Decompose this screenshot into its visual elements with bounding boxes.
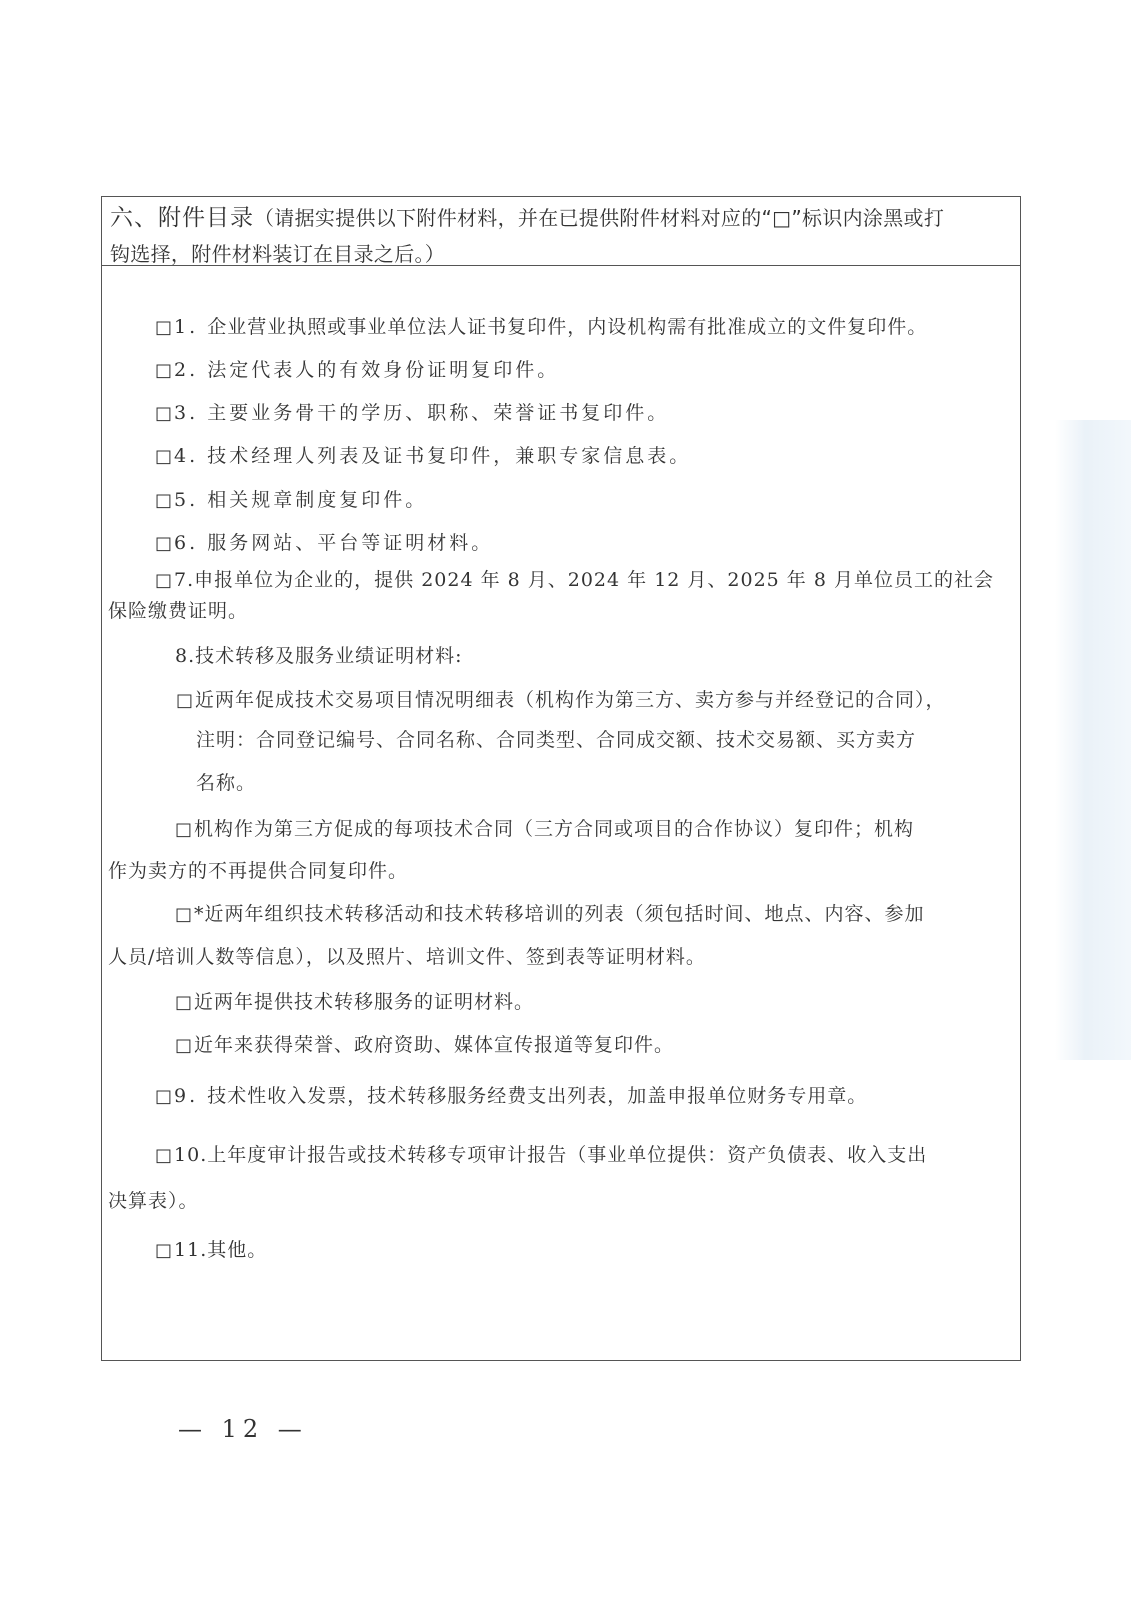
sub-item-8d: □近两年提供技术转移服务的证明材料。 [175,987,534,1014]
item-heading: 技术转移及服务业绩证明材料: [195,645,462,667]
item-number: 6. [174,532,198,554]
item-text: 服务网站、平台等证明材料。 [207,532,493,554]
item-number: 8. [175,645,195,667]
list-item-5: □5. 相关规章制度复印件。 [155,485,427,512]
item-number: 9. [174,1085,198,1107]
item-text: *近两年组织技术转移活动和技术转移培训的列表（须包括时间、地点、内容、参加 [194,903,925,925]
page-number: — 12 — [178,1415,308,1443]
item-text: 近年来获得荣誉、政府资助、媒体宣传报道等复印件。 [194,1034,674,1056]
list-item-8-heading: 8.技术转移及服务业绩证明材料: [175,641,463,668]
item-text: 申报单位为企业的，提供 2024 年 8 月、2024 年 12 月、2025 … [194,569,994,591]
sub-item-8a: □近两年促成技术交易项目情况明细表（机构作为第三方、卖方参与并经登记的合同）， [176,685,946,712]
list-item-11: □11.其他。 [155,1235,267,1262]
checkbox-item-8c[interactable]: □ [175,904,192,925]
checkbox-item-8e[interactable]: □ [175,1035,192,1056]
checkbox-item-4[interactable]: □ [155,446,172,467]
checkbox-item-9[interactable]: □ [155,1086,172,1107]
section-note-line1: （请据实提供以下附件材料，并在已提供附件材料对应的“□”标识内涂黑或打 [254,206,944,230]
checkbox-item-11[interactable]: □ [155,1240,172,1261]
item-text: 其他。 [207,1239,267,1261]
checkbox-item-3[interactable]: □ [155,403,172,424]
item-number: 11. [174,1239,207,1261]
checkbox-item-8b[interactable]: □ [175,819,192,840]
list-item-4: □4. 技术经理人列表及证书复印件，兼职专家信息表。 [155,441,691,468]
checkbox-item-8a[interactable]: □ [176,690,193,711]
checkbox-item-10[interactable]: □ [155,1145,172,1166]
item-text: 近两年促成技术交易项目情况明细表（机构作为第三方、卖方参与并经登记的合同）， [195,689,946,711]
item-number: 5. [174,489,198,511]
item-number: 1. [174,316,198,338]
list-item-10-cont: 决算表）。 [108,1186,199,1213]
item-number: 7. [174,569,194,591]
checkbox-item-7[interactable]: □ [155,570,172,591]
list-item-7-cont: 保险缴费证明。 [108,596,248,623]
sub-item-8a-cont1: 注明：合同登记编号、合同名称、合同类型、合同成交额、技术交易额、买方卖方 [196,725,916,752]
checkbox-item-2[interactable]: □ [155,360,172,381]
checkbox-item-5[interactable]: □ [155,490,172,511]
list-item-6: □6. 服务网站、平台等证明材料。 [155,528,493,555]
sub-item-8c: □*近两年组织技术转移活动和技术转移培训的列表（须包括时间、地点、内容、参加 [175,899,925,926]
scan-bleed-through [1055,420,1131,1060]
item-text: 机构作为第三方促成的每项技术合同（三方合同或项目的合作协议）复印件；机构 [194,818,914,840]
item-text: 企业营业执照或事业单位法人证书复印件，内设机构需有批准成立的文件复印件。 [207,316,927,338]
item-number: 4. [174,445,198,467]
sub-item-8c-cont: 人员/培训人数等信息），以及照片、培训文件、签到表等证明材料。 [108,942,706,969]
item-number: 2. [174,359,198,381]
section-header: 六、附件目录（请据实提供以下附件材料，并在已提供附件材料对应的“□”标识内涂黑或… [102,197,1020,266]
list-item-10: □10.上年度审计报告或技术转移专项审计报告（事业单位提供：资产负债表、收入支出 [155,1140,927,1167]
checkbox-item-6[interactable]: □ [155,533,172,554]
section-note-line2: 钩选择，附件材料装订在目录之后。） [110,242,445,266]
checkbox-item-8d[interactable]: □ [175,992,192,1013]
item-number: 10. [174,1144,207,1166]
item-text: 相关规章制度复印件。 [207,489,427,511]
sub-item-8b-cont: 作为卖方的不再提供合同复印件。 [108,856,408,883]
item-number: 3. [174,402,198,424]
sub-item-8b: □机构作为第三方促成的每项技术合同（三方合同或项目的合作协议）复印件；机构 [175,814,914,841]
item-text: 上年度审计报告或技术转移专项审计报告（事业单位提供：资产负债表、收入支出 [207,1144,927,1166]
item-text: 技术性收入发票，技术转移服务经费支出列表，加盖申报单位财务专用章。 [207,1085,867,1107]
list-item-2: □2. 法定代表人的有效身份证明复印件。 [155,355,559,382]
checkbox-item-1[interactable]: □ [155,317,172,338]
list-item-9: □9. 技术性收入发票，技术转移服务经费支出列表，加盖申报单位财务专用章。 [155,1081,867,1108]
list-item-3: □3. 主要业务骨干的学历、职称、荣誉证书复印件。 [155,398,669,425]
item-text: 法定代表人的有效身份证明复印件。 [207,359,559,381]
list-item-7: □7.申报单位为企业的，提供 2024 年 8 月、2024 年 12 月、20… [155,565,994,592]
sub-item-8a-cont2: 名称。 [196,768,256,795]
section-title: 六、附件目录 [110,205,254,231]
item-text: 技术经理人列表及证书复印件，兼职专家信息表。 [207,445,691,467]
item-text: 近两年提供技术转移服务的证明材料。 [194,991,534,1013]
sub-item-8e: □近年来获得荣誉、政府资助、媒体宣传报道等复印件。 [175,1030,674,1057]
item-text: 主要业务骨干的学历、职称、荣誉证书复印件。 [207,402,669,424]
list-item-1: □1. 企业营业执照或事业单位法人证书复印件，内设机构需有批准成立的文件复印件。 [155,312,927,339]
